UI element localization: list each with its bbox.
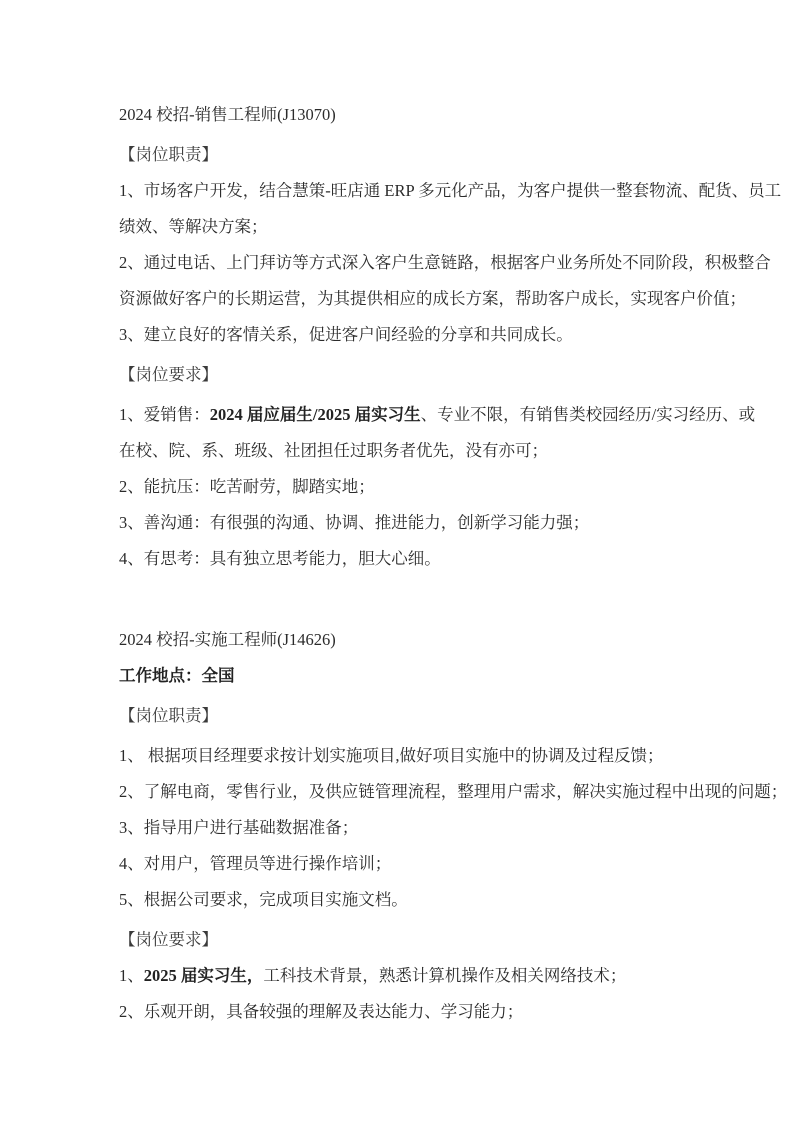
- job1-duty-line-3: 2、通过电话、上门拜访等方式深入客户生意链路，根据客户业务所处不同阶段，积极整合: [119, 245, 739, 281]
- document-page: 2024 校招-销售工程师(J13070) 【岗位职责】 1、市场客户开发，结合…: [0, 0, 799, 1131]
- job2-duty-line-2: 2、了解电商，零售行业，及供应链管理流程，整理用户需求，解决实施过程中出现的问题…: [119, 774, 739, 810]
- job2-duty-line-4: 4、对用户，管理员等进行操作培训；: [119, 846, 739, 882]
- job1-requirements-heading: 【岗位要求】: [119, 357, 739, 393]
- job1-requirement-4: 4、有思考：具有独立思考能力，胆大心细。: [119, 541, 739, 577]
- job2-req1-bold-highlight: 2025 届实习生，: [144, 966, 264, 985]
- job1-duties-heading: 【岗位职责】: [119, 137, 739, 173]
- job1-req1-bold-highlight: 2024 届应届生/2025 届实习生: [210, 405, 421, 424]
- job1-duty-line-1: 1、市场客户开发，结合慧策-旺店通 ERP 多元化产品，为客户提供一整套物流、配…: [119, 173, 739, 209]
- job2-duty-line-1: 1、 根据项目经理要求按计划实施项目,做好项目实施中的协调及过程反馈；: [119, 738, 739, 774]
- job-section-implementation-engineer: 2024 校招-实施工程师(J14626) 工作地点：全国 【岗位职责】 1、 …: [119, 622, 739, 1030]
- job2-duty-line-5: 5、根据公司要求，完成项目实施文档。: [119, 882, 739, 918]
- job2-req1-text-pre: 1、: [119, 966, 144, 985]
- job2-duty-line-3: 3、指导用户进行基础数据准备；: [119, 810, 739, 846]
- job2-req1-text-post: 工科技术背景，熟悉计算机操作及相关网络技术；: [263, 966, 626, 985]
- job1-req1-text-post: 、专业不限，有销售类校园经历/实习经历、或: [421, 405, 756, 424]
- job1-requirement-2: 2、能抗压：吃苦耐劳，脚踏实地；: [119, 469, 739, 505]
- job-section-sales-engineer: 2024 校招-销售工程师(J13070) 【岗位职责】 1、市场客户开发，结合…: [119, 97, 739, 577]
- job1-duty-line-4: 资源做好客户的长期运营，为其提供相应的成长方案，帮助客户成长，实现客户价值；: [119, 281, 739, 317]
- job2-title: 2024 校招-实施工程师(J14626): [119, 622, 739, 658]
- job1-req1-text-pre: 1、爱销售：: [119, 405, 210, 424]
- job2-requirement-1: 1、2025 届实习生，工科技术背景，熟悉计算机操作及相关网络技术；: [119, 958, 739, 994]
- job2-duties-heading: 【岗位职责】: [119, 698, 739, 734]
- section-divider-gap: [119, 577, 739, 622]
- job2-requirements-heading: 【岗位要求】: [119, 922, 739, 958]
- job2-requirement-2: 2、乐观开朗，具备较强的理解及表达能力、学习能力；: [119, 994, 739, 1030]
- job1-duty-line-5: 3、建立良好的客情关系，促进客户间经验的分享和共同成长。: [119, 317, 739, 353]
- job1-requirement-1: 1、爱销售：2024 届应届生/2025 届实习生、专业不限，有销售类校园经历/…: [119, 397, 739, 433]
- job1-requirement-3: 3、善沟通：有很强的沟通、协调、推进能力，创新学习能力强；: [119, 505, 739, 541]
- job2-location: 工作地点：全国: [119, 658, 739, 694]
- job1-requirement-1-continued: 在校、院、系、班级、社团担任过职务者优先，没有亦可；: [119, 433, 739, 469]
- job1-title: 2024 校招-销售工程师(J13070): [119, 97, 739, 133]
- job1-duty-line-2: 绩效、等解决方案；: [119, 209, 739, 245]
